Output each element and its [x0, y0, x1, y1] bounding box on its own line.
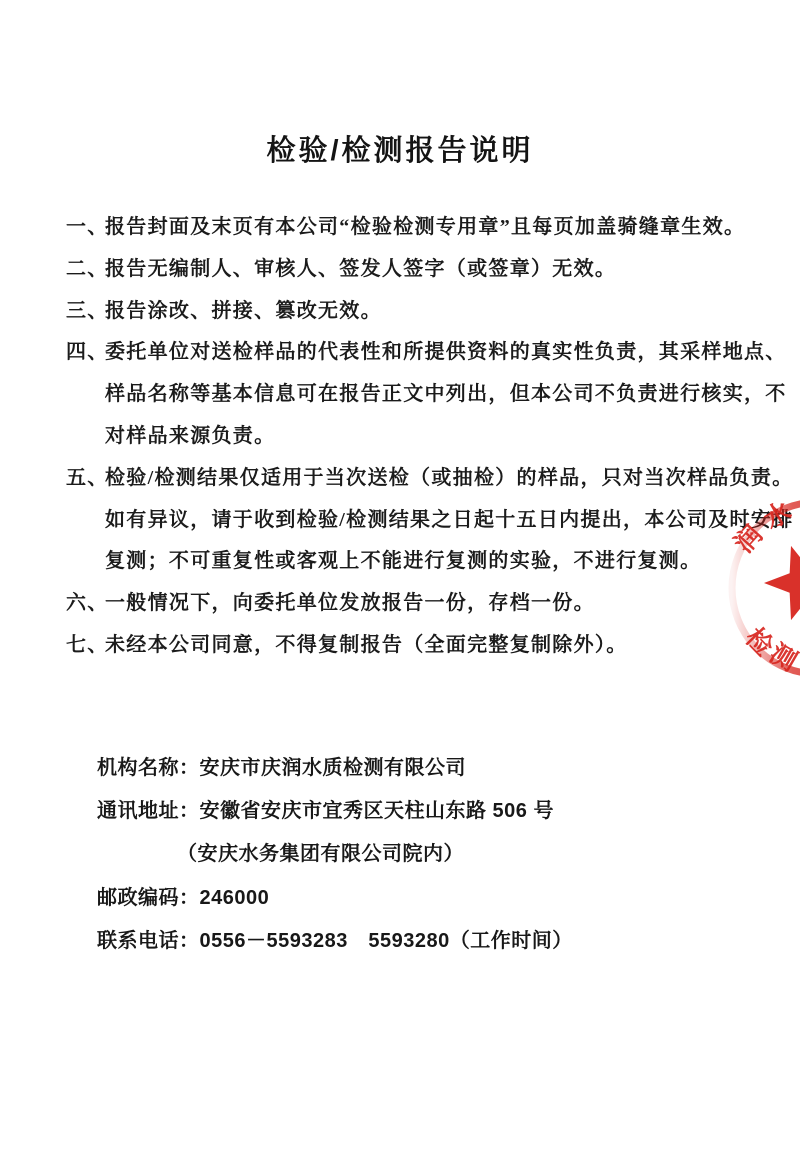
item-line: 样品名称等基本信息可在报告正文中列出，但本公司不负责进行核实，不: [105, 374, 766, 416]
item-marker: 五、: [66, 458, 109, 500]
item-line: 如有异议，请于收到检验/检测结果之日起十五日内提出，本公司及时安排: [105, 500, 766, 542]
item-line: 报告涂改、拼接、篡改无效。: [105, 291, 766, 333]
item-line: 报告无编制人、审核人、签发人签字（或签章）无效。: [105, 249, 766, 291]
item-line: 检验/检测结果仅适用于当次送检（或抽检）的样品，只对当次样品负责。: [105, 458, 766, 500]
contact-value: 安徽省安庆市宜秀区天柱山东路 506 号: [200, 790, 554, 833]
document-title: 检验/检测报告说明: [0, 128, 800, 169]
contact-row-org-name: 机构名称： 安庆市庆润水质检测有限公司: [97, 747, 717, 790]
contact-label: 通讯地址：: [97, 790, 200, 833]
instruction-item-6: 六、 一般情况下，向委托单位发放报告一份，存档一份。: [66, 583, 766, 625]
instruction-item-4: 四、 委托单位对送检样品的代表性和所提供资料的真实性负责，其采样地点、 样品名称…: [66, 332, 766, 457]
contact-value: （安庆水务集团有限公司院内）: [177, 833, 464, 876]
item-marker: 一、: [66, 207, 109, 249]
item-line: 委托单位对送检样品的代表性和所提供资料的真实性负责，其采样地点、: [105, 332, 766, 374]
contact-row-phone: 联系电话： 0556－5593283 5593280（工作时间）: [97, 920, 717, 963]
instruction-item-1: 一、 报告封面及末页有本公司“检验检测专用章”且每页加盖骑缝章生效。: [66, 207, 766, 249]
contact-row-address-cont: （安庆水务集团有限公司院内）: [97, 833, 717, 876]
instruction-item-2: 二、 报告无编制人、审核人、签发人签字（或签章）无效。: [66, 249, 766, 291]
contact-info-block: 机构名称： 安庆市庆润水质检测有限公司 通讯地址： 安徽省安庆市宜秀区天柱山东路…: [97, 747, 717, 963]
item-marker: 七、: [66, 625, 109, 667]
instruction-item-5: 五、 检验/检测结果仅适用于当次送检（或抽检）的样品，只对当次样品负责。 如有异…: [66, 458, 766, 583]
contact-label: 联系电话：: [97, 920, 200, 963]
contact-value: 246000: [200, 877, 270, 920]
contact-label: 机构名称：: [97, 747, 200, 790]
item-line: 对样品来源负责。: [105, 416, 766, 458]
instruction-item-7: 七、 未经本公司同意，不得复制报告（全面完整复制除外）。: [66, 625, 766, 667]
item-marker: 三、: [66, 291, 109, 333]
contact-row-address: 通讯地址： 安徽省安庆市宜秀区天柱山东路 506 号: [97, 790, 717, 833]
contact-label: 邮政编码：: [97, 877, 200, 920]
contact-row-postcode: 邮政编码： 246000: [97, 877, 717, 920]
item-line: 一般情况下，向委托单位发放报告一份，存档一份。: [105, 583, 766, 625]
item-marker: 二、: [66, 249, 109, 291]
contact-value: 0556－5593283 5593280（工作时间）: [200, 920, 573, 963]
instruction-item-3: 三、 报告涂改、拼接、篡改无效。: [66, 291, 766, 333]
item-line: 未经本公司同意，不得复制报告（全面完整复制除外）。: [105, 625, 766, 667]
item-marker: 六、: [66, 583, 109, 625]
seal-char-ce: 测: [765, 638, 800, 677]
item-marker: 四、: [66, 332, 109, 374]
star-icon: [764, 546, 800, 620]
document-page: 检验/检测报告说明 一、 报告封面及末页有本公司“检验检测专用章”且每页加盖骑缝…: [0, 0, 800, 1149]
item-line: 复测；不可重复性或客观上不能进行复测的实验，不进行复测。: [105, 541, 766, 583]
item-line: 报告封面及末页有本公司“检验检测专用章”且每页加盖骑缝章生效。: [105, 207, 766, 249]
instruction-list: 一、 报告封面及末页有本公司“检验检测专用章”且每页加盖骑缝章生效。 二、 报告…: [66, 207, 766, 667]
contact-value: 安庆市庆润水质检测有限公司: [200, 747, 467, 790]
